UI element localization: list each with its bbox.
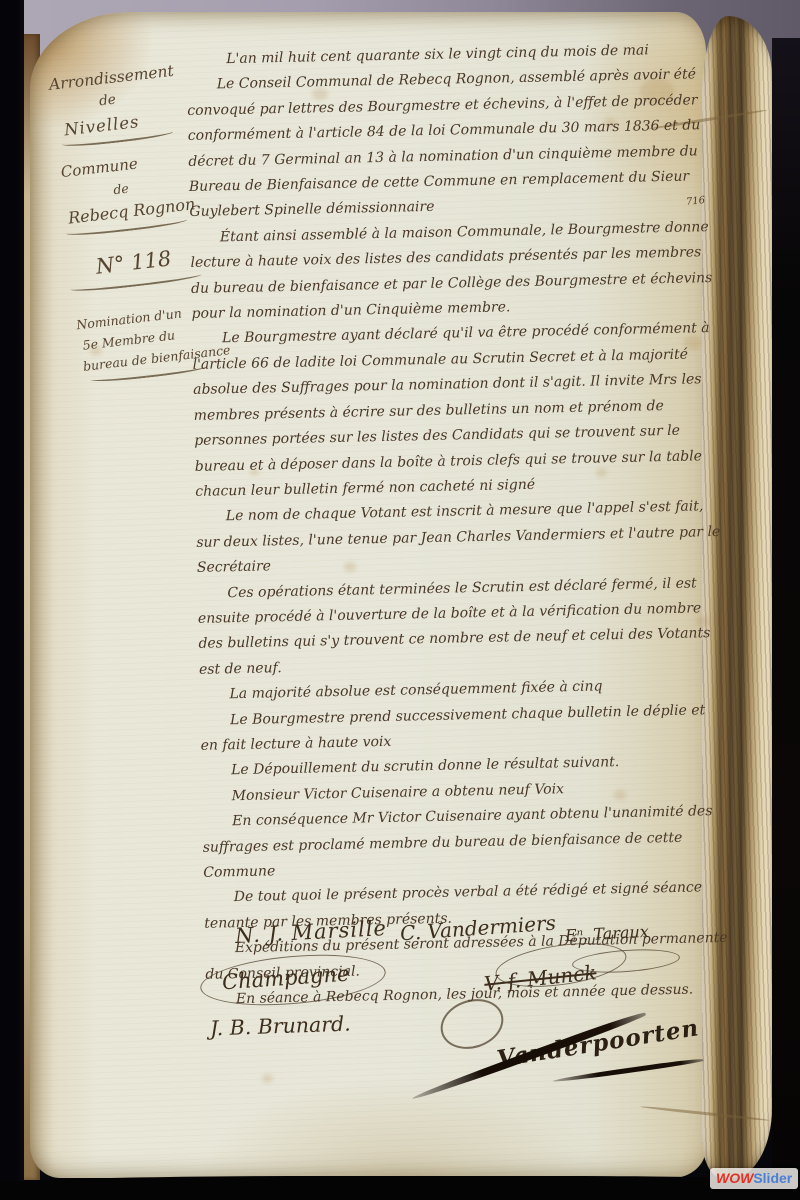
wowslider-slider-text: Slider: [753, 1170, 792, 1186]
stain: [262, 1074, 273, 1083]
paragraph: Étant ainsi assemblé à la maison Communa…: [190, 215, 716, 328]
paragraph: Le nom de chaque Votant est inscrit à me…: [196, 494, 721, 581]
edge-ink-mark: 716: [685, 195, 705, 208]
paragraph: En conséquence Mr Victor Cuisenaire ayan…: [202, 799, 727, 886]
photo-shadow-right: [772, 38, 800, 1200]
paragraph: Le Conseil Communal de Rebecq Rognon, as…: [187, 62, 714, 225]
photo-shadow-left: [0, 0, 24, 1200]
paragraph: Ces opérations étant terminées le Scruti…: [197, 570, 723, 683]
photo-shadow-bottom: [0, 1176, 800, 1200]
paragraph: Le Bourgmestre ayant déclaré qu'il va êt…: [192, 316, 720, 505]
wowslider-watermark[interactable]: WOWSlider: [710, 1168, 798, 1189]
margin-flourish: [70, 271, 202, 294]
signature-brunard: J. B. Brunard.: [210, 1012, 351, 1041]
wowslider-wow-text: WOW: [716, 1170, 753, 1186]
photo-of-register-page: Arrondissement de Nivelles Commune de Re…: [0, 0, 800, 1200]
act-body-text: L'an mil huit cent quarante six le vingt…: [186, 37, 730, 1013]
